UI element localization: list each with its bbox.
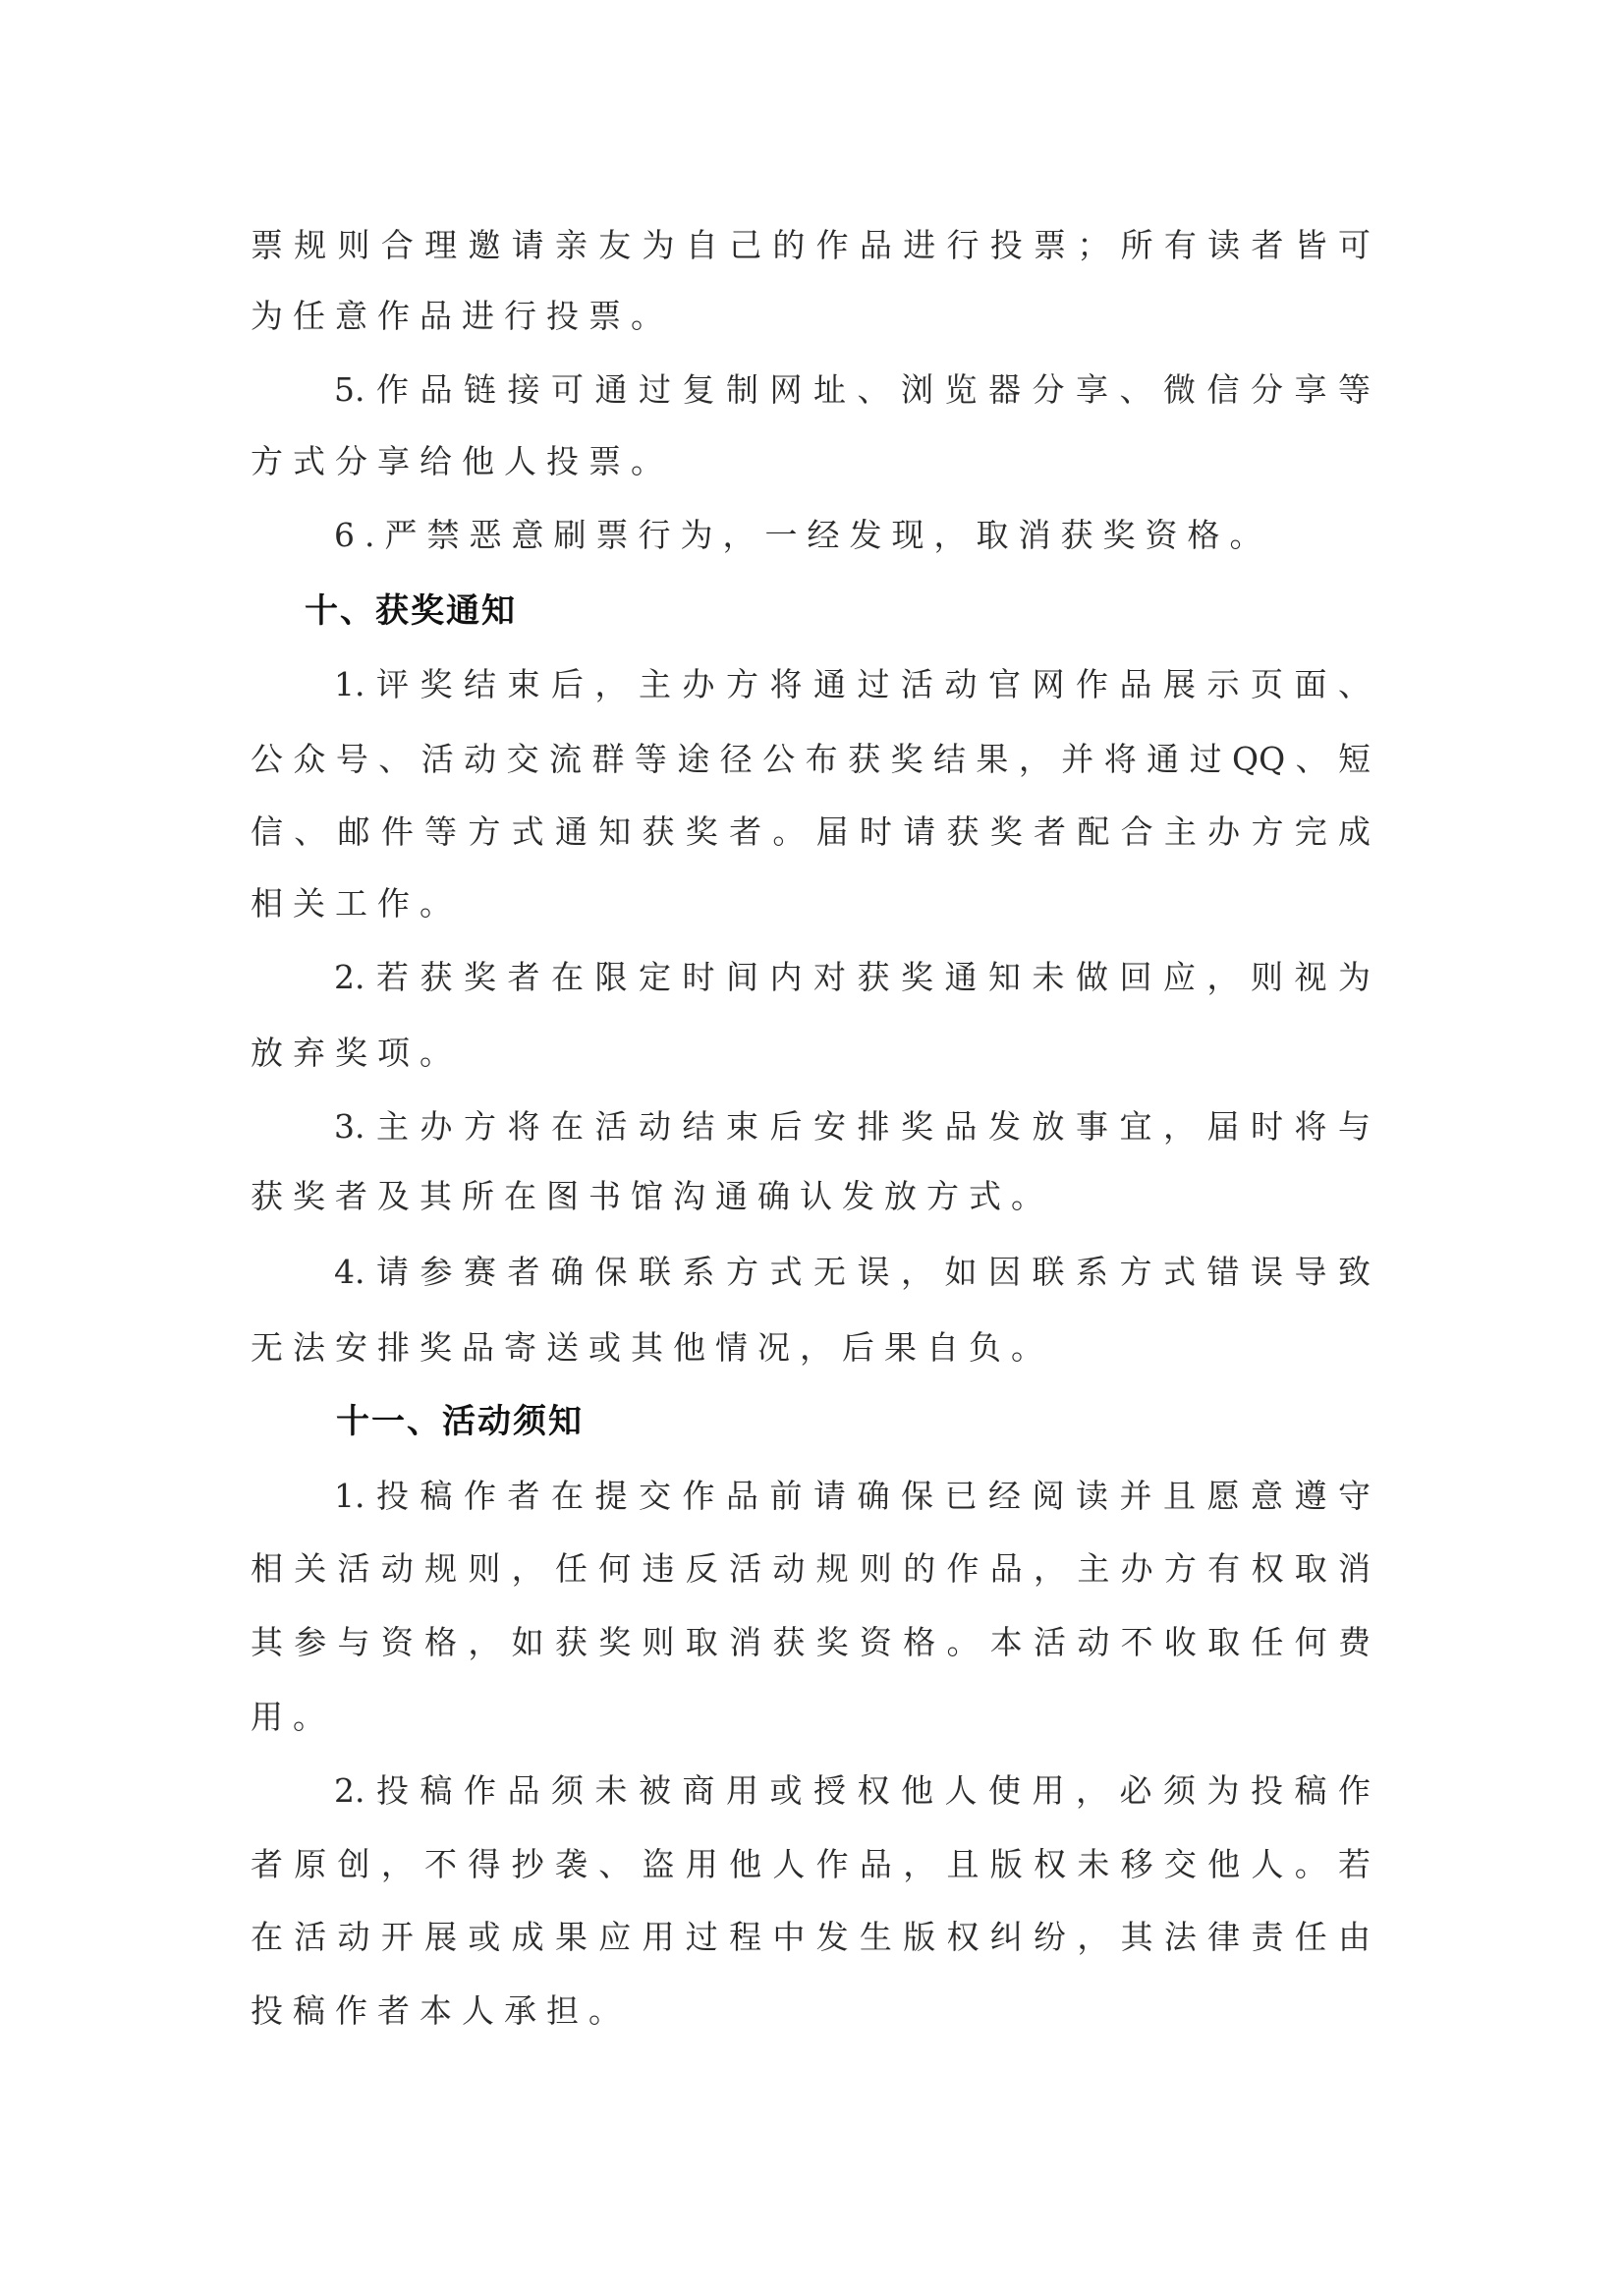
list-item-6-no-vote-fraud: 6.严禁恶意刷票行为，一经发现，取消获奖资格。 (334, 511, 1371, 560)
list-item-3-prize-distribution: 3.主办方将在活动结束后安排奖品发放事宜，届时将与 (334, 1102, 1371, 1151)
body-line: 获奖者及其所在图书馆沟通确认发放方式。 (251, 1172, 1371, 1221)
document-page: 票规则合理邀请亲友为自己的作品进行投票；所有读者皆可 为任意作品进行投票。 5.… (0, 0, 1623, 2296)
body-line: 公众号、活动交流群等途径公布获奖结果，并将通过QQ、短 (251, 735, 1371, 784)
body-line: 在活动开展或成果应用过程中发生版权纠纷，其法律责任由 (251, 1913, 1371, 1962)
list-item-1-results-announcement: 1.评奖结束后，主办方将通过活动官网作品展示页面、 (334, 660, 1371, 709)
list-item-5-vote-sharing: 5.作品链接可通过复制网址、浏览器分享、微信分享等 (334, 365, 1371, 415)
list-item-2-originality: 2.投稿作品须未被商用或授权他人使用，必须为投稿作 (334, 1766, 1371, 1816)
body-line: 者原创，不得抄袭、盗用他人作品，且版权未移交他人。若 (251, 1840, 1371, 1889)
body-line: 其参与资格，如获奖则取消获奖资格。本活动不收取任何费 (251, 1618, 1371, 1667)
section-heading-award-notice: 十、获奖通知 (305, 587, 517, 636)
list-item-1-rules-compliance: 1.投稿作者在提交作品前请确保已经阅读并且愿意遵守 (334, 1472, 1371, 1521)
body-line: 放弃奖项。 (251, 1029, 1371, 1078)
body-line: 无法安排奖品寄送或其他情况，后果自负。 (251, 1323, 1371, 1372)
body-line: 用。 (251, 1693, 1371, 1742)
body-line: 相关工作。 (251, 879, 1371, 928)
section-heading-activity-notes: 十一、活动须知 (336, 1397, 584, 1446)
body-line: 方式分享给他人投票。 (251, 437, 1371, 486)
body-line: 投稿作者本人承担。 (251, 1987, 1371, 2036)
list-item-2-no-response: 2.若获奖者在限定时间内对获奖通知未做回应，则视为 (334, 953, 1371, 1002)
body-line: 相关活动规则，任何违反活动规则的作品，主办方有权取消 (251, 1544, 1371, 1594)
body-line: 信、邮件等方式通知获奖者。届时请获奖者配合主办方完成 (251, 808, 1371, 857)
body-line: 票规则合理邀请亲友为自己的作品进行投票；所有读者皆可 (251, 221, 1371, 270)
body-line: 为任意作品进行投票。 (251, 292, 1371, 341)
list-item-4-contact-info: 4.请参赛者确保联系方式无误，如因联系方式错误导致 (334, 1248, 1371, 1297)
